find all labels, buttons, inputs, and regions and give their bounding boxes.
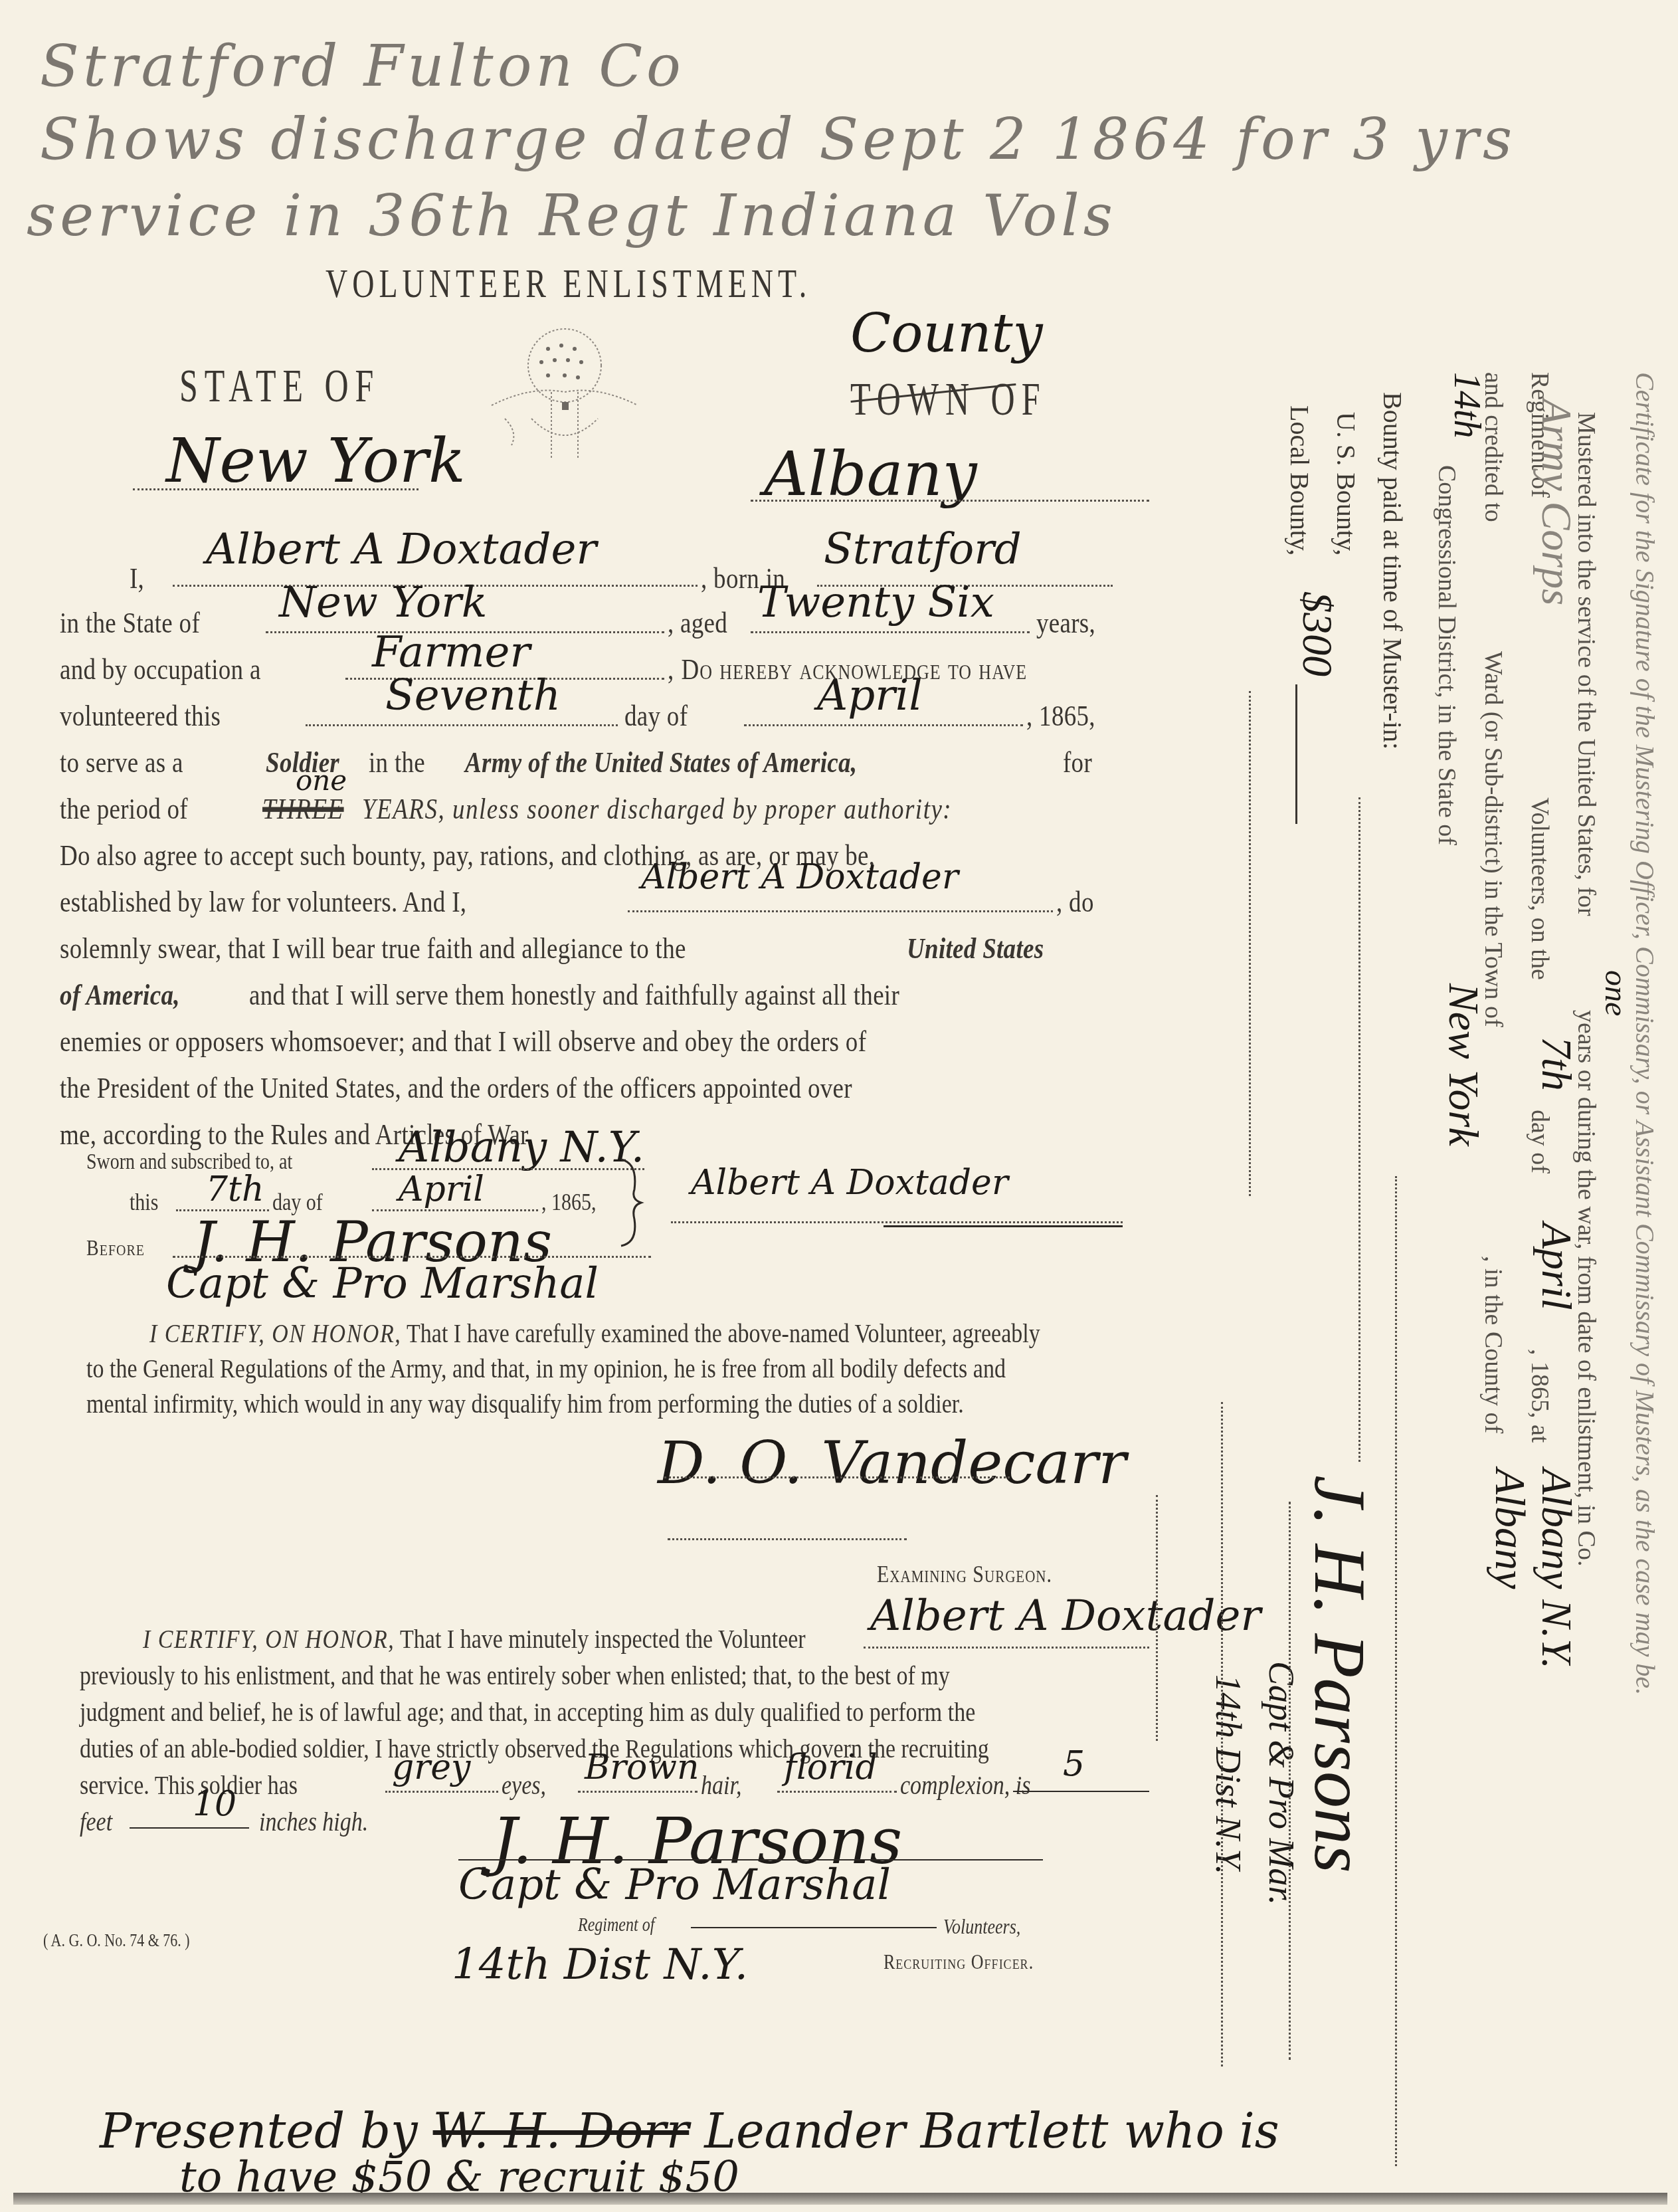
bottom-note-presented: Presented by [100, 2103, 418, 2159]
before-blank [173, 1256, 651, 1258]
bottom-note-struck-name: W. H. Dorr [433, 2103, 690, 2159]
muster-month: April [1532, 1223, 1581, 1310]
muster-state: New York [1439, 983, 1488, 1146]
muster-vertical-rule-2 [1295, 684, 1297, 824]
us-bounty-label: U. S. Bounty, [1331, 412, 1362, 555]
decl-l9-prefix: solemnly swear, that I will bear true fa… [60, 934, 686, 963]
muster-district-number: 14th [1445, 372, 1488, 439]
decl-l1-prefix: I, [130, 563, 144, 593]
eyes-label: eyes, [502, 1771, 546, 1801]
decl-l9-gothic: United States [907, 934, 1044, 963]
recruit-cert-l3: judgment and belief, he is of lawful age… [80, 1698, 975, 1728]
age: Twenty Six [757, 578, 994, 627]
height-inches-blank [130, 1827, 249, 1829]
complexion-blank [777, 1791, 897, 1793]
birth-state: New York [279, 578, 488, 627]
volunteers-label: Volunteers, [943, 1915, 1020, 1939]
muster-l2-d: , 1865, at [1525, 1349, 1554, 1443]
decl-l11: enemies or opposers whomsoever; and that… [60, 1027, 866, 1056]
birthplace: Stratford [824, 525, 1022, 574]
muster-vertical-rule-6 [1156, 1495, 1158, 1741]
muster-l4-a: Congressional District, in the State of [1432, 465, 1461, 845]
form-number: ( A. G. O. No. 74 & 76. ) [43, 1930, 190, 1951]
muster-bounty-heading: Bounty paid at time of Muster-in: [1377, 392, 1408, 750]
signature-underline [884, 1225, 1123, 1227]
hair-color: Brown [585, 1748, 699, 1787]
town-value: Albany [764, 439, 977, 510]
muster-term-correction: one [1598, 970, 1634, 1016]
sworn-at-value: Albany N.Y. [399, 1123, 644, 1172]
occupation: Farmer [372, 628, 530, 677]
decl-l5-suffix: for [1063, 748, 1092, 777]
document-title: VOLUNTEER ENLISTMENT. [326, 259, 811, 307]
height-inches: 10 [193, 1784, 236, 1824]
decl-l3-prefix: and by occupation a [60, 654, 261, 684]
decl-l5-mid: in the [369, 748, 425, 777]
oath-name-blank [628, 910, 1053, 912]
surgeon-second-blank [668, 1538, 907, 1540]
decl-l6-rest: YEARS, unless sooner discharged by prope… [362, 794, 952, 824]
muster-vertical-rule-3 [1358, 797, 1360, 1462]
decl-l5-gothic: Army of the United States of America, [465, 748, 857, 777]
muster-vertical-rule-4 [1395, 1176, 1397, 2166]
decl-l8-prefix: established by law for volunteers. And I… [60, 887, 466, 917]
muster-heading: Certificate for the Signature of the Mus… [1630, 372, 1661, 1695]
recruit-cert-heading: I CERTIFY, ON HONOR, That I have minutel… [143, 1625, 806, 1655]
age-blank [751, 631, 1030, 633]
decl-l2-mid: , aged [668, 608, 727, 638]
town-blank [751, 500, 1149, 502]
recruit-cert-l1: That I have minutely inspected the Volun… [400, 1625, 806, 1654]
recruiting-district: 14th Dist N.Y. [452, 1940, 748, 1989]
local-bounty-label: Local Bounty, [1284, 405, 1315, 555]
pencil-note-line-2: Shows discharge dated Sept 2 1864 for 3 … [40, 106, 1516, 173]
decl-l10-gothic: of America, [60, 980, 180, 1010]
enlist-month: April [817, 671, 923, 720]
decl-l4-suffix: , 1865, [1026, 701, 1095, 731]
decl-l4-prefix: volunteered this [60, 701, 221, 731]
mustering-officer-signature: J. H. Parsons [1297, 1475, 1382, 1873]
volunteer-signature: Albert A Doxtader [691, 1163, 1008, 1203]
eye-color: grey [392, 1748, 470, 1787]
muster-county: Albany [1485, 1468, 1535, 1589]
town-correction-county: County [850, 302, 1043, 364]
surgeon-cert-heading-text: I CERTIFY, ON HONOR, [149, 1319, 401, 1348]
decl-l12: the President of the United States, and … [60, 1073, 852, 1103]
inspected-volunteer-blank [864, 1647, 1149, 1649]
decl-l2-prefix: in the State of [60, 608, 200, 638]
inches-label: inches high. [259, 1807, 368, 1838]
sworn-month: April [399, 1169, 484, 1209]
oath-name: Albert A Doxtader [641, 857, 959, 897]
enlist-day: Seventh [385, 671, 561, 720]
sworn-day: 7th [206, 1169, 264, 1209]
period-struck: THREE [262, 794, 344, 824]
sworn-this-label: this [130, 1189, 158, 1217]
decl-l2-suffix: years, [1036, 608, 1095, 638]
muster-l2-c: day of [1525, 1110, 1554, 1173]
mustering-officer-title: Capt & Pro Mar. [1261, 1661, 1302, 1905]
regiment-label: Regiment of [578, 1915, 654, 1936]
brace-icon [618, 1156, 644, 1249]
before-label: Before [86, 1236, 145, 1261]
local-bounty-amount: $300 [1293, 591, 1342, 676]
enlist-day-blank [306, 724, 618, 726]
muster-l3-c: , in the County of [1479, 1256, 1508, 1433]
bottom-note-leander: Leander Bartlett who is [704, 2103, 1279, 2159]
surgeon-cert-l2: to the General Regulations of the Army, … [86, 1354, 1006, 1385]
surgeon-cert-l3: mental infirmity, which would in any way… [86, 1389, 964, 1420]
regiment-blank [691, 1927, 937, 1928]
recruit-cert-l2: previously to his enlistment, and that h… [80, 1661, 950, 1692]
decl-l6-prefix: the period of [60, 794, 188, 824]
height-feet: 5 [1063, 1744, 1085, 1784]
recruit-cert-l5-prefix: service. This soldier has [80, 1771, 298, 1801]
recruit-cert-heading-text: I CERTIFY, ON HONOR, [143, 1625, 395, 1654]
feet-label: feet [80, 1807, 112, 1838]
volunteer-signature-blank [671, 1221, 1123, 1223]
bottom-note-line-1: Presented by W. H. Dorr Leander Bartlett… [100, 2103, 1279, 2159]
hair-label: hair, [701, 1771, 741, 1801]
recruiting-officer-title: Capt & Pro Marshal [458, 1860, 891, 1910]
eye-color-blank [385, 1791, 498, 1793]
page-bottom-edge [13, 2193, 1667, 2205]
officer-title: Capt & Pro Marshal [166, 1259, 599, 1308]
muster-vertical-rule-7 [1221, 1402, 1223, 2066]
surgeon-cert-l1: That I have carefully examined the above… [407, 1319, 1040, 1348]
complexion-label: complexion, is [900, 1771, 1030, 1801]
inspected-volunteer: Albert A Doxtader [870, 1591, 1261, 1641]
state-label: STATE OF [179, 359, 380, 413]
pencil-note-line-1: Stratford Fulton Co [40, 33, 685, 100]
muster-vertical-rule-1 [1249, 691, 1251, 1196]
pencil-note-line-3: service in 36th Regt Indiana Vols [27, 183, 1117, 249]
recruiting-officer-label: Recruiting Officer. [884, 1950, 1034, 1974]
decl-l10-rest: and that I will serve them honestly and … [249, 980, 899, 1010]
decl-l8-suffix: , do [1056, 887, 1094, 917]
enlist-month-blank [744, 724, 1023, 726]
hair-color-blank [578, 1791, 698, 1793]
surgeon-signature-blank [664, 1476, 1010, 1478]
muster-regiment: Army Corps [1532, 399, 1581, 605]
muster-place: Albany N.Y. [1532, 1468, 1581, 1669]
complexion: florid [784, 1748, 878, 1787]
mustering-officer-district: 14th Dist N.Y. [1208, 1674, 1249, 1874]
volunteer-name: Albert A Doxtader [206, 525, 597, 574]
height-feet-blank [1013, 1791, 1149, 1792]
decl-l5-prefix: to serve as a [60, 748, 183, 777]
surgeon-label: Examining Surgeon. [877, 1561, 1052, 1589]
decl-l4-mid: day of [624, 701, 688, 731]
state-blank [133, 488, 419, 490]
muster-l3-b: Ward (or Sub-district) in the Town of [1479, 651, 1508, 1027]
muster-certificate: Certificate for the Signature of the Mus… [1209, 372, 1674, 2073]
state-value: New York [166, 425, 466, 496]
muster-l2-b: Volunteers, on the [1525, 797, 1554, 980]
eagle-seal-icon [478, 319, 651, 465]
surgeon-cert-heading: I CERTIFY, ON HONOR, That I have careful… [149, 1319, 1040, 1350]
surgeon-signature: D. O. Vandecarr [658, 1429, 1126, 1497]
muster-vertical-rule-5 [1289, 1502, 1291, 2060]
muster-day: 7th [1532, 1037, 1581, 1091]
